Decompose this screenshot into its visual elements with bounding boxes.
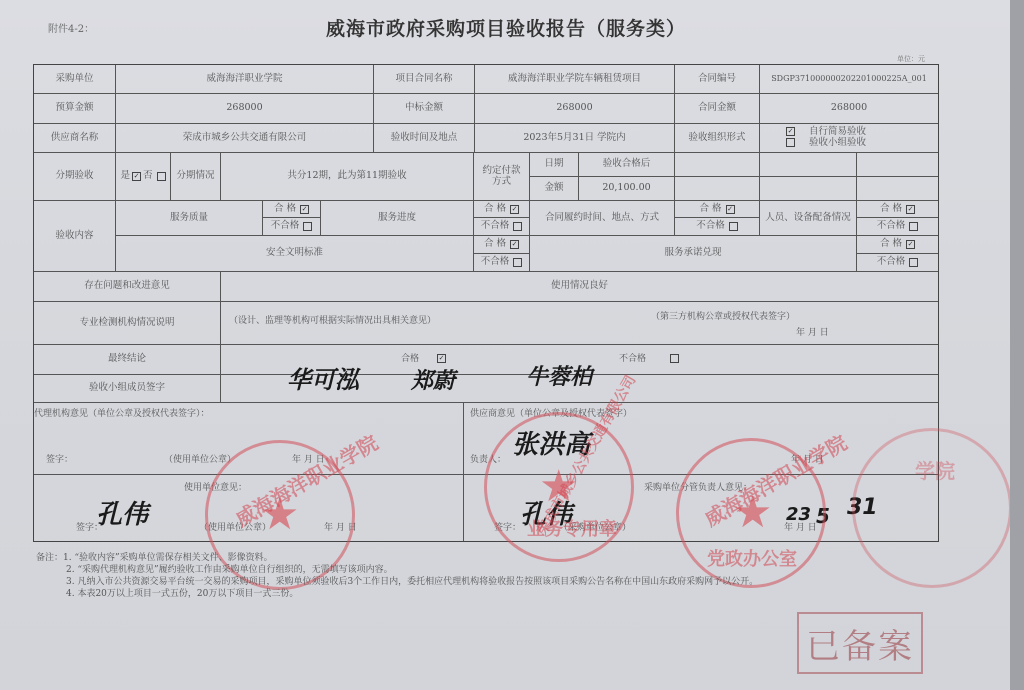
star-icon: ★ xyxy=(260,493,299,537)
budget-label: 预算金额 xyxy=(34,94,116,124)
fail-label: 不合格 xyxy=(481,221,510,232)
checkbox-checked-icon[interactable]: ✓ xyxy=(726,205,735,214)
star-icon: ★ xyxy=(733,491,772,535)
supplier-value: 荣成市城乡公共交通有限公司 xyxy=(116,124,374,153)
inspection-label: 专业检测机构情况说明 xyxy=(34,302,221,345)
buyer-label: 采购单位 xyxy=(34,65,116,94)
checkbox-checked-icon[interactable]: ✓ xyxy=(437,354,446,363)
issues-label: 存在问题和改进意见 xyxy=(34,272,221,302)
page-edge xyxy=(1010,0,1024,690)
contract-no-label: 合同编号 xyxy=(675,65,760,94)
item-service-commitment: 服务承诺兑现 xyxy=(530,236,857,272)
payment-amount-label: 金额 xyxy=(530,177,579,201)
checkbox-empty-icon[interactable] xyxy=(157,172,166,181)
conclusion-fail-label: 不合格 xyxy=(619,354,646,364)
stamp-text: 学院 xyxy=(915,455,955,484)
contract-no-value: SDGP371000000202201000225A_001 xyxy=(760,65,938,94)
member-signature: 牛蓉柏 xyxy=(526,365,592,390)
checkbox-checked-icon[interactable]: ✓ xyxy=(510,240,519,249)
pass-label: 合 格 xyxy=(484,204,506,215)
filed-stamp: 已备案 xyxy=(797,612,923,674)
third-party-seal-hint: （第三方机构公章或授权代表签字） xyxy=(651,312,795,322)
bid-amount-label: 中标金额 xyxy=(374,94,475,124)
fail-option[interactable]: 不合格 xyxy=(263,218,321,236)
user-unit-signature: 孔伟 xyxy=(96,501,148,531)
pass-option[interactable]: 合 格✓ xyxy=(474,236,530,254)
conclusion-label: 最终结论 xyxy=(34,345,221,375)
checkbox-empty-icon[interactable] xyxy=(729,222,738,231)
checkbox-checked-icon[interactable]: ✓ xyxy=(906,240,915,249)
fail-label: 不合格 xyxy=(877,221,906,232)
org-form-label: 验收组织形式 xyxy=(675,124,760,153)
note-line: 4. 本表20万以上项目一式五份，20万以下项目一式三份。 xyxy=(36,588,758,600)
pass-label: 合 格 xyxy=(274,204,296,215)
unit-label: 单位：元 xyxy=(897,54,925,64)
fail-option[interactable]: 不合格 xyxy=(857,254,938,272)
contract-amount-value: 268000 xyxy=(760,94,938,124)
item-staff-equipment: 人员、设备配备情况 xyxy=(760,201,857,236)
stamp-subtext: 业务专用章 xyxy=(527,515,617,541)
no-label: 否 xyxy=(143,171,153,182)
acceptance-content-label: 验收内容 xyxy=(34,201,116,272)
checkbox-checked-icon[interactable]: ✓ xyxy=(510,205,519,214)
fail-label: 不合格 xyxy=(481,257,510,268)
fail-label: 不合格 xyxy=(696,221,725,232)
document-page: 附件4-2： 威海市政府采购项目验收报告（服务类） 单位：元 采购单位 威海海洋… xyxy=(0,0,1012,690)
conclusion-fail[interactable]: 不合格 xyxy=(619,354,679,364)
checkbox-empty-icon[interactable] xyxy=(909,258,918,267)
pass-label: 合 格 xyxy=(484,239,506,250)
pass-label: 合 格 xyxy=(699,204,721,215)
blank-cell xyxy=(857,153,938,177)
college-seal-stamp-faint: 学院 xyxy=(852,428,1012,588)
pass-label: 合 格 xyxy=(880,239,902,250)
checkbox-checked-icon[interactable]: ✓ xyxy=(300,205,309,214)
fail-option[interactable]: 不合格 xyxy=(474,254,530,272)
issues-value: 使用情况良好 xyxy=(221,272,938,302)
fail-option[interactable]: 不合格 xyxy=(675,218,760,236)
checkbox-empty-icon[interactable] xyxy=(303,222,312,231)
member-signature: 华可泓 xyxy=(287,367,359,395)
payment-amount-value: 20,100.00 xyxy=(579,177,675,201)
fail-option[interactable]: 不合格 xyxy=(474,218,530,236)
situation-value: 共分12期，此为第11期验收 xyxy=(221,153,474,201)
notes-section: 备注：1. “验收内容”采购单位需保存相关文件、影像资料。 2. “采购代理机构… xyxy=(36,552,758,600)
inspection-hint: （设计、监理等机构可根据实际情况出具相关意见） xyxy=(229,316,436,326)
buyer-value: 威海海洋职业学院 xyxy=(116,65,374,94)
members-signature-cell: 华可泓 郑蔚 牛蓉柏 xyxy=(221,375,938,403)
checkbox-checked-icon[interactable]: ✓ xyxy=(132,172,141,181)
installment-yes-no: 是✓否 xyxy=(116,153,171,201)
org-form-options: ✓自行简易验收 验收小组验收 xyxy=(760,124,938,153)
agency-sign-label: 签字： xyxy=(46,455,73,465)
pass-option[interactable]: 合 格✓ xyxy=(263,201,321,218)
checkbox-empty-icon[interactable] xyxy=(513,258,522,267)
member-signature: 郑蔚 xyxy=(411,369,455,394)
checkbox-empty-icon[interactable] xyxy=(513,222,522,231)
org-option-group-label: 验收小组验收 xyxy=(809,137,866,148)
budget-value: 268000 xyxy=(116,94,374,124)
conclusion-pass-label: 合格 xyxy=(401,354,419,364)
fail-option[interactable]: 不合格 xyxy=(857,218,938,236)
pass-option[interactable]: 合 格✓ xyxy=(857,201,938,218)
blank-cell xyxy=(675,177,760,201)
note-line: 2. “采购代理机构意见”履约验收工作由采购单位自行组织的，无需填写该项内容。 xyxy=(36,564,758,576)
org-option-self-label: 自行简易验收 xyxy=(809,126,866,137)
note-line: 备注：1. “验收内容”采购单位需保存相关文件、影像资料。 xyxy=(36,552,758,564)
members-label: 验收小组成员签字 xyxy=(34,375,221,403)
yes-label: 是 xyxy=(120,171,130,182)
blank-cell xyxy=(760,177,857,201)
agency-opinion-title: 代理机构意见（单位公章及授权代表签字）： xyxy=(34,409,210,419)
star-icon: ★ xyxy=(539,465,578,509)
org-option-group[interactable]: 验收小组验收 xyxy=(786,138,866,149)
inspection-cell: （设计、监理等机构可根据实际情况出具相关意见） （第三方机构公章或授权代表签字）… xyxy=(221,302,938,345)
time-place-label: 验收时间及地点 xyxy=(374,124,475,153)
pass-option[interactable]: 合 格✓ xyxy=(675,201,760,218)
pass-label: 合 格 xyxy=(880,204,902,215)
conclusion-pass[interactable]: 合格✓ xyxy=(401,354,446,364)
item-service-quality: 服务质量 xyxy=(116,201,263,236)
note-line: 3. 凡纳入市公共资源交易平台统一交易的采购项目，采购单位须验收后3个工作日内，… xyxy=(36,576,758,588)
checkbox-empty-icon[interactable] xyxy=(670,354,679,363)
contract-amount-label: 合同金额 xyxy=(675,94,760,124)
document-title: 威海市政府采购项目验收报告（服务类） xyxy=(0,14,1012,41)
payment-label: 约定付款方式 xyxy=(474,153,530,201)
item-service-progress: 服务进度 xyxy=(321,201,474,236)
fail-label: 不合格 xyxy=(877,257,906,268)
blank-cell xyxy=(760,153,857,177)
installment-label: 分期验收 xyxy=(34,153,116,201)
project-label: 项目合同名称 xyxy=(374,65,475,94)
bid-amount-value: 268000 xyxy=(475,94,675,124)
checkbox-empty-icon[interactable] xyxy=(909,222,918,231)
situation-label: 分期情况 xyxy=(171,153,221,201)
supplier-seal-stamp: 荣成市城乡公共交通有限公司 ★ 业务专用章 xyxy=(484,412,634,562)
supplier-label: 供应商名称 xyxy=(34,124,116,153)
pass-option[interactable]: 合 格✓ xyxy=(474,201,530,218)
item-safety-standard: 安全文明标准 xyxy=(116,236,474,272)
checkbox-checked-icon[interactable]: ✓ xyxy=(786,127,795,136)
time-place-value: 2023年5月31日 学院内 xyxy=(475,124,675,153)
checkbox-checked-icon[interactable]: ✓ xyxy=(906,205,915,214)
project-value: 威海海洋职业学院车辆租赁项目 xyxy=(475,65,675,94)
item-contract-performance: 合同履约时间、地点、方式 xyxy=(530,201,675,236)
inspection-date: 年 月 日 xyxy=(796,328,829,338)
payment-date-value: 验收合格后 xyxy=(579,153,675,177)
blank-cell xyxy=(857,177,938,201)
blank-cell xyxy=(675,153,760,177)
fail-label: 不合格 xyxy=(271,221,300,232)
pass-option[interactable]: 合 格✓ xyxy=(857,236,938,254)
checkbox-empty-icon[interactable] xyxy=(786,138,795,147)
payment-date-label: 日期 xyxy=(530,153,579,177)
